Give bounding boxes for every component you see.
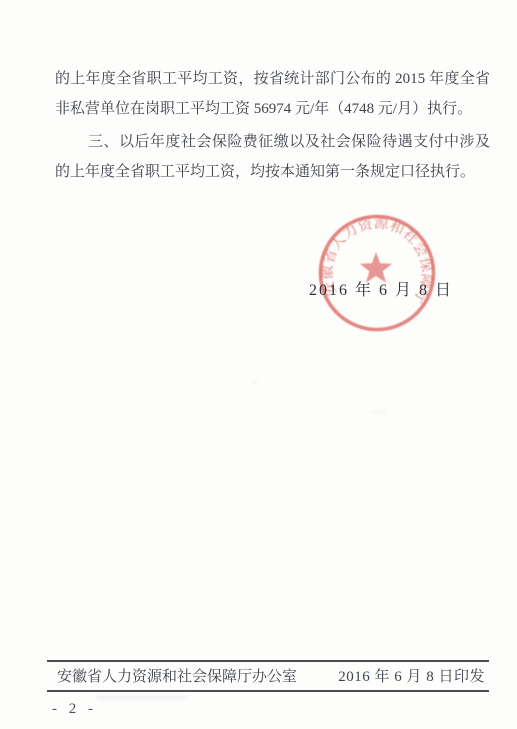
scan-artifact (96, 696, 186, 699)
footer-issuer: 安徽省人力资源和社会保障厅办公室 (47, 668, 297, 687)
page-number: - 2 - (52, 701, 97, 718)
footer-row: 安徽省人力资源和社会保障厅办公室 2016 年 6 月 8 日印发 (47, 668, 489, 687)
body-line-2: 非私营单位在岗职工平均工资 56974 元/年（4748 元/月）执行。 (55, 94, 490, 124)
official-seal: 安徽省人力资源和社会保障厅 (297, 193, 457, 353)
scan-artifact (372, 410, 386, 413)
seal-date: 2016 年 6 月 8 日 (309, 277, 439, 300)
body-line-4: 的上年度全省职工平均工资，均按本通知第一条规定口径执行。 (55, 157, 490, 187)
document-page: 的上年度全省职工平均工资，按省统计部门公布的 2015 年度全省 非私营单位在岗… (0, 0, 517, 729)
footer-rule-bottom (47, 690, 489, 692)
footer-rule-top (47, 660, 489, 662)
scan-artifact (252, 381, 257, 384)
footer-print-date: 2016 年 6 月 8 日印发 (338, 668, 489, 687)
document-body: 的上年度全省职工平均工资，按省统计部门公布的 2015 年度全省 非私营单位在岗… (55, 64, 490, 187)
body-line-3: 三、以后年度社会保险费征缴以及社会保险待遇支付中涉及 (55, 127, 490, 157)
seal-graphic: 安徽省人力资源和社会保障厅 (297, 193, 457, 353)
body-line-1: 的上年度全省职工平均工资，按省统计部门公布的 2015 年度全省 (55, 64, 490, 94)
